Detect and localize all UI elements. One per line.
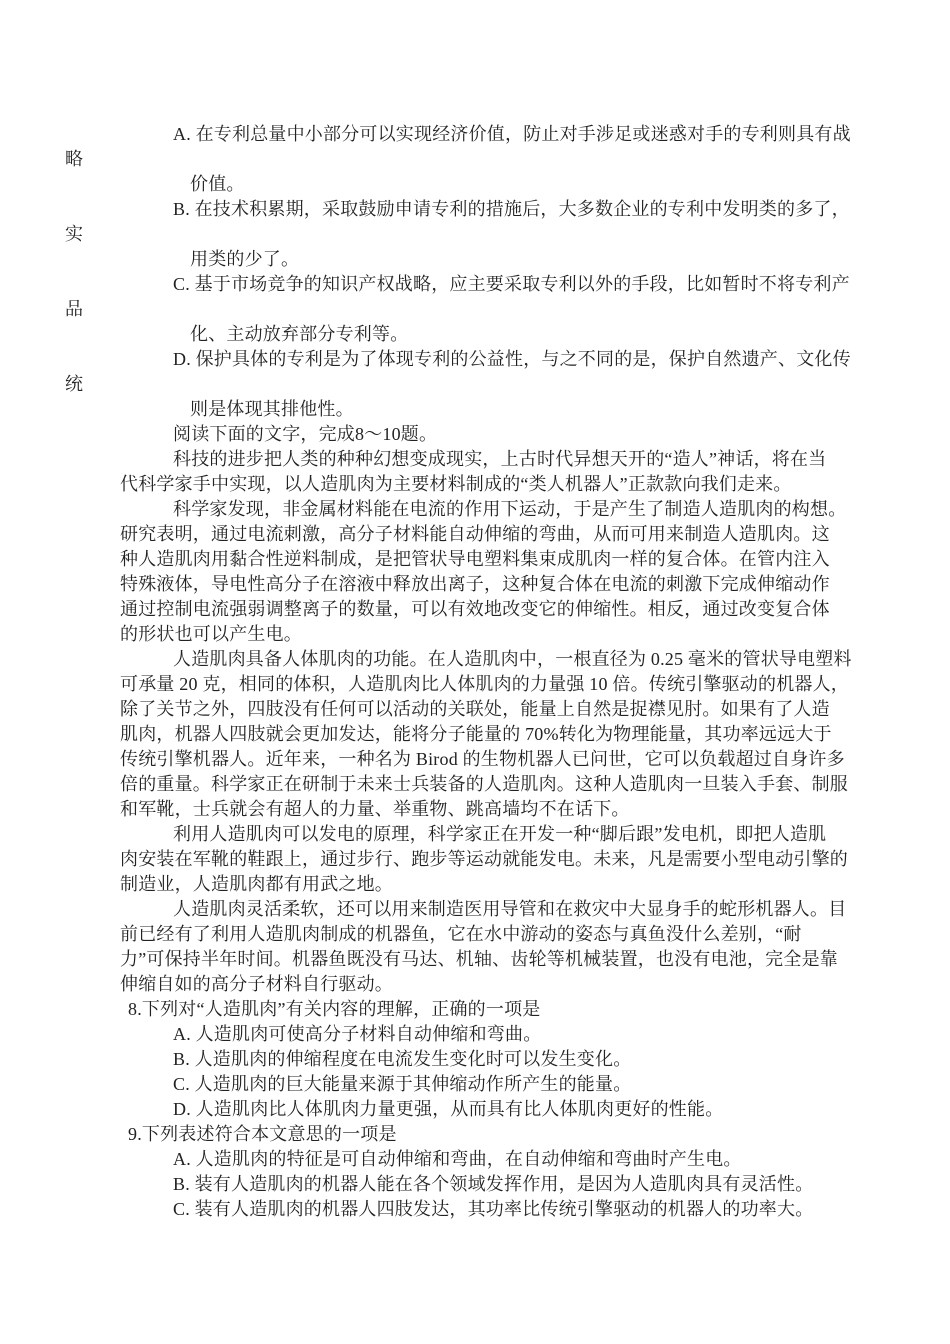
text-line: 实	[65, 222, 900, 247]
text-column: A. 在专利总量中小部分可以实现经济价值，防止对手涉足或迷惑对手的专利则具有战略…	[120, 122, 900, 1222]
text-line: 科学家发现，非金属材料能在电流的作用下运动，于是产生了制造人造肌肉的构想。	[173, 497, 900, 522]
text-line: 肉安装在军靴的鞋跟上，通过步行、跑步等运动就能发电。未来，凡是需要小型电动引擎的	[120, 847, 900, 872]
text-line: 特殊液体，导电性高分子在溶液中释放出离子，这种复合体在电流的刺激下完成伸缩动作	[120, 572, 900, 597]
text-line: 代科学家手中实现，以人造肌肉为主要材料制成的“类人机器人”正款款向我们走来。	[120, 472, 900, 497]
text-line: 9.下列表述符合本文意思的一项是	[128, 1122, 900, 1147]
text-line: 前已经有了利用人造肌肉制成的机器鱼，它在水中游动的姿态与真鱼没什么差别，“耐	[120, 922, 900, 947]
text-line: 略	[65, 147, 900, 172]
text-line: 价值。	[190, 172, 900, 197]
text-line: 可承量 20 克，相同的体积，人造肌肉比人体肌肉的力量强 10 倍。传统引擎驱动…	[120, 672, 900, 697]
text-line: 科技的进步把人类的种种幻想变成现实，上古时代异想天开的“造人”神话，将在当	[173, 447, 900, 472]
text-line: 统	[65, 372, 900, 397]
text-line: 化、主动放弃部分专利等。	[190, 322, 900, 347]
text-line: 的形状也可以产生电。	[120, 622, 900, 647]
text-line: A. 在专利总量中小部分可以实现经济价值，防止对手涉足或迷惑对手的专利则具有战	[173, 122, 900, 147]
text-line: 8.下列对“人造肌肉”有关内容的理解，正确的一项是	[128, 997, 900, 1022]
text-line: 通过控制电流强弱调整离子的数量，可以有效地改变它的伸缩性。相反，通过改变复合体	[120, 597, 900, 622]
text-line: A. 人造肌肉可使高分子材料自动伸缩和弯曲。	[173, 1022, 900, 1047]
document-page: A. 在专利总量中小部分可以实现经济价值，防止对手涉足或迷惑对手的专利则具有战略…	[0, 0, 950, 1344]
text-line: 品	[65, 297, 900, 322]
text-line: 用类的少了。	[190, 247, 900, 272]
text-line: B. 装有人造肌肉的机器人能在各个领域发挥作用，是因为人造肌肉具有灵活性。	[173, 1172, 900, 1197]
text-line: B. 在技术积累期，采取鼓励申请专利的措施后，大多数企业的专利中发明类的多了，	[173, 197, 900, 222]
text-line: 研究表明，通过电流刺激，高分子材料能自动伸缩的弯曲，从而可用来制造人造肌肉。这	[120, 522, 900, 547]
text-line: 人造肌肉具备人体肌肉的功能。在人造肌肉中，一根直径为 0.25 毫米的管状导电塑…	[173, 647, 900, 672]
text-line: C. 人造肌肉的巨大能量来源于其伸缩动作所产生的能量。	[173, 1072, 900, 1097]
text-line: A. 人造肌肉的特征是可自动伸缩和弯曲，在自动伸缩和弯曲时产生电。	[173, 1147, 900, 1172]
text-line: 力”可保持半年时间。机器鱼既没有马达、机轴、齿轮等机械装置，也没有电池，完全是靠	[120, 947, 900, 972]
text-line: 和军靴，士兵就会有超人的力量、举重物、跳高墙均不在话下。	[120, 797, 900, 822]
text-line: D. 人造肌肉比人体肌肉力量更强，从而具有比人体肌肉更好的性能。	[173, 1097, 900, 1122]
text-line: 制造业，人造肌肉都有用武之地。	[120, 872, 900, 897]
text-line: 传统引擎机器人。近年来，一种名为 Birod 的生物机器人已问世，它可以负载超过…	[120, 747, 900, 772]
text-line: C. 基于市场竞争的知识产权战略，应主要采取专利以外的手段，比如暂时不将专利产	[173, 272, 900, 297]
text-line: 除了关节之外，四肢没有任何可以活动的关联处，能量上自然是捉襟见肘。如果有了人造	[120, 697, 900, 722]
text-line: C. 装有人造肌肉的机器人四肢发达，其功率比传统引擎驱动的机器人的功率大。	[173, 1197, 900, 1222]
text-line: 阅读下面的文字，完成8～10题。	[173, 422, 900, 447]
text-line: 利用人造肌肉可以发电的原理，科学家正在开发一种“脚后跟”发电机，即把人造肌	[173, 822, 900, 847]
text-line: 人造肌肉灵活柔软，还可以用来制造医用导管和在救灾中大显身手的蛇形机器人。目	[173, 897, 900, 922]
text-line: 则是体现其排他性。	[190, 397, 900, 422]
text-line: 倍的重量。科学家正在研制于未来士兵装备的人造肌肉。这种人造肌肉一旦装入手套、制服	[120, 772, 900, 797]
text-line: D. 保护具体的专利是为了体现专利的公益性，与之不同的是，保护自然遗产、文化传	[173, 347, 900, 372]
text-line: 种人造肌肉用黏合性逆料制成，是把管状导电塑料集束成肌肉一样的复合体。在管内注入	[120, 547, 900, 572]
text-line: B. 人造肌肉的伸缩程度在电流发生变化时可以发生变化。	[173, 1047, 900, 1072]
text-line: 肌肉，机器人四肢就会更加发达，能将分子能量的 70%转化为物理能量，其功率远远大…	[120, 722, 900, 747]
text-line: 伸缩自如的高分子材料自行驱动。	[120, 972, 900, 997]
